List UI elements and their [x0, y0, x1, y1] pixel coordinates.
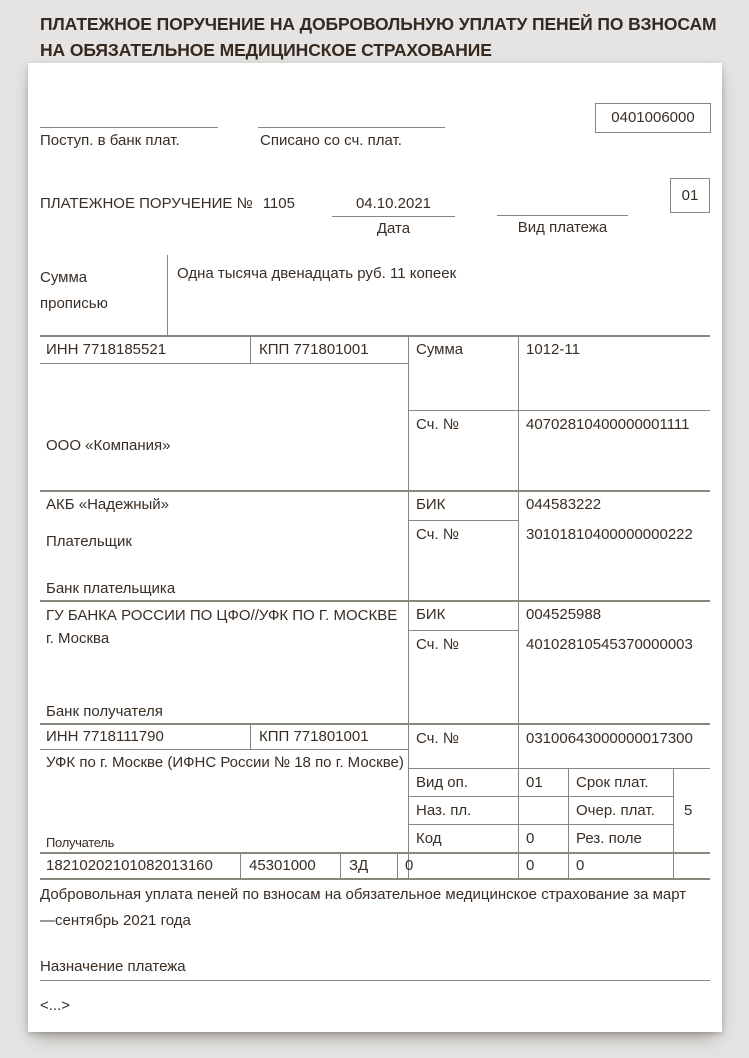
- payee-bank-account-label: Сч. №: [416, 636, 459, 655]
- order-title-row: ПЛАТЕЖНОЕ ПОРУЧЕНИЕ № 1105: [40, 195, 295, 214]
- payer-account-value: 40702810400000001111: [526, 416, 690, 435]
- table-line-taxrow-bottom: [40, 878, 710, 880]
- form-number-box: 0401006000: [595, 103, 711, 133]
- code-label: Код: [416, 830, 442, 849]
- tax-period-value: 0: [405, 857, 413, 876]
- op-type-label: Вид оп.: [416, 774, 468, 793]
- reserve-label: Рез. поле: [576, 830, 642, 849]
- payer-bank-label: Банк плательщика: [46, 580, 175, 599]
- document-title-line1: ПЛАТЕЖНОЕ ПОРУЧЕНИЕ НА ДОБРОВОЛЬНУЮ УПЛА…: [40, 11, 730, 37]
- tax-doc-date-value: 0: [576, 857, 584, 876]
- payee-account-label: Сч. №: [416, 730, 459, 749]
- payer-bank-name: АКБ «Надежный»: [46, 496, 169, 515]
- payer-kpp: КПП 771801001: [250, 337, 408, 363]
- payment-type-box: 01: [670, 178, 710, 213]
- due-date-label: Срок плат.: [576, 774, 649, 793]
- priority-value: 5: [684, 802, 692, 821]
- payment-type-value: [497, 195, 628, 216]
- payee-bank-label: Банк получателя: [46, 703, 163, 722]
- payer-bank-bik-divider: [408, 520, 518, 521]
- amount-in-words-value: Одна тысяча двенадцать руб. 11 копеек: [168, 255, 710, 335]
- op-type-value: 01: [526, 774, 543, 793]
- payment-basis-value: ЗД: [349, 857, 368, 876]
- payer-inn: ИНН 7718185521: [40, 337, 250, 363]
- payment-order-page: 0401006000 Поступ. в банк плат. Списано …: [28, 63, 722, 1032]
- payer-inn-kpp-row: ИНН 7718185521 КПП 771801001: [40, 337, 408, 364]
- payer-bank-account-value: 30101810400000000222: [526, 526, 693, 545]
- amount-in-words-block: Сумма прописью Одна тысяча двенадцать ру…: [40, 255, 710, 335]
- payment-purpose-label: Назначение платежа: [40, 958, 186, 977]
- received-in-bank-line: [40, 127, 218, 128]
- payee-kpp: КПП 771801001: [250, 724, 408, 749]
- date-group: 04.10.2021 Дата: [332, 195, 455, 239]
- payment-purpose-text: Добровольная уплата пеней по взносам на …: [40, 882, 692, 934]
- payee-account-value: 03100643000000017300: [526, 730, 693, 749]
- document-title: ПЛАТЕЖНОЕ ПОРУЧЕНИЕ НА ДОБРОВОЛЬНУЮ УПЛА…: [40, 11, 730, 64]
- taxrow-vline-2: [340, 853, 341, 878]
- table-vline-priority: [673, 768, 674, 878]
- payee-bank-account-value: 40102810545370000003: [526, 636, 693, 655]
- payee-bank-bik-label: БИК: [416, 606, 445, 625]
- payer-name: ООО «Компания»: [46, 437, 171, 456]
- debited-from-account-line: [258, 127, 445, 128]
- oktmo-value: 45301000: [249, 857, 316, 876]
- amount-value: 1012-11: [526, 341, 580, 360]
- payment-type-label: Вид платежа: [497, 216, 628, 238]
- amount-in-words-label-line1: Сумма: [40, 265, 167, 291]
- payment-purpose-line: [40, 980, 710, 981]
- table-vline-op: [568, 768, 569, 878]
- payee-inn-kpp-row: ИНН 7718111790 КПП 771801001: [40, 724, 408, 750]
- table-line-payee-bottom: [40, 852, 710, 854]
- tax-doc-number-value: 0: [526, 857, 534, 876]
- payee-bank-bik-divider: [408, 630, 518, 631]
- debited-from-account-label: Списано со сч. плат.: [260, 132, 402, 151]
- kbk-value: 18210202101082013160: [46, 857, 213, 876]
- payment-type-group: Вид платежа: [497, 195, 628, 238]
- footer-ellipsis-mark: <...>: [40, 997, 70, 1016]
- order-number: 1105: [263, 195, 295, 214]
- op-row2-divider: [408, 824, 673, 825]
- document-title-line2: НА ОБЯЗАТЕЛЬНОЕ МЕДИЦИНСКОЕ СТРАХОВАНИЕ: [40, 37, 730, 63]
- order-title: ПЛАТЕЖНОЕ ПОРУЧЕНИЕ №: [40, 195, 253, 214]
- payee-inn: ИНН 7718111790: [40, 724, 250, 749]
- amount-in-words-label: Сумма прописью: [40, 255, 168, 335]
- payee-bank-bik-value: 004525988: [526, 606, 601, 625]
- taxrow-vline-3: [397, 853, 398, 878]
- payee-label: Получатель: [46, 835, 114, 851]
- payer-account-label: Сч. №: [416, 416, 459, 435]
- received-in-bank-label: Поступ. в банк плат.: [40, 132, 180, 151]
- payee-bank-name: ГУ БАНКА РОССИИ ПО ЦФО//УФК ПО Г. МОСКВЕ…: [46, 605, 402, 650]
- amount-account-divider: [408, 410, 710, 411]
- op-row1-divider: [408, 796, 673, 797]
- purpose-code-label: Наз. пл.: [416, 802, 471, 821]
- amount-label: Сумма: [416, 341, 463, 360]
- payee-name: УФК по г. Москве (ИФНС России № 18 по г.…: [46, 754, 406, 773]
- payer-label: Плательщик: [46, 533, 132, 552]
- date-value: 04.10.2021: [332, 195, 455, 217]
- code-value: 0: [526, 830, 534, 849]
- payer-bank-bik-value: 044583222: [526, 496, 601, 515]
- amount-in-words-label-line2: прописью: [40, 291, 167, 317]
- priority-label: Очер. плат.: [576, 802, 655, 821]
- table-line-payer-bottom: [40, 490, 710, 492]
- date-label: Дата: [332, 217, 455, 239]
- taxrow-vline-1: [240, 853, 241, 878]
- op-block-top-line: [408, 768, 710, 769]
- table-line-payerbank-bottom: [40, 600, 710, 602]
- payer-bank-bik-label: БИК: [416, 496, 445, 515]
- payer-bank-account-label: Сч. №: [416, 526, 459, 545]
